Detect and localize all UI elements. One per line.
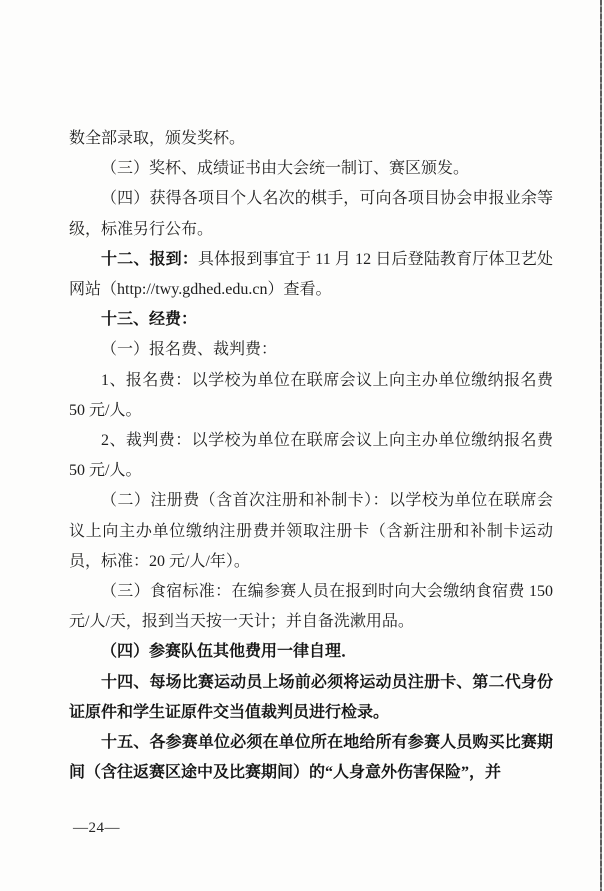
paragraph-section-12-checkin: 十二、报到：具体报到事宜于 11 月 12 日后登陆教育厅体卫艺处网站（http…	[69, 245, 553, 305]
paragraph-fee-subheading: （一）报名费、裁判费：	[69, 335, 553, 365]
paragraph-referee-fee: 2、裁判费：以学校为单位在联席会议上向主办单位缴纳报名费 50 元/人。	[69, 426, 553, 486]
section-12-heading: 十二、报到：	[101, 251, 198, 268]
paragraph-registration-fee: （二）注册费（含首次注册和补制卡）：以学校为单位在联席会议上向主办单位缴纳注册费…	[69, 486, 553, 577]
paragraph-section-15-insurance: 十五、各参赛单位必须在单位所在地给所有参赛人员购买比赛期间（含往返赛区途中及比赛…	[69, 728, 553, 788]
paragraph-section-13-funds-heading: 十三、经费：	[69, 305, 553, 335]
paragraph-awards-certificates: （三）奖杯、成绩证书由大会统一制订、赛区颁发。	[69, 154, 553, 184]
paragraph-lodging-fee: （三）食宿标准：在编参赛人员在报到时向大会缴纳食宿费 150 元/人/天，报到当…	[69, 577, 553, 637]
document-page: 数全部录取，颁发奖杯。 （三）奖杯、成绩证书由大会统一制订、赛区颁发。 （四）获…	[0, 0, 604, 891]
scan-edge-line	[600, 0, 602, 891]
paragraph-other-fees: （四）参赛队伍其他费用一律自理．	[69, 637, 553, 667]
paragraph-section-14-checkroll: 十四、每场比赛运动员上场前必须将运动员注册卡、第二代身份证原件和学生证原件交当值…	[69, 668, 553, 728]
document-body: 数全部录取，颁发奖杯。 （三）奖杯、成绩证书由大会统一制订、赛区颁发。 （四）获…	[69, 124, 553, 788]
page-number: —24—	[73, 820, 120, 837]
paragraph-signup-fee: 1、报名费：以学校为单位在联席会议上向主办单位缴纳报名费 50 元/人。	[69, 366, 553, 426]
paragraph-continuation-trophies: 数全部录取，颁发奖杯。	[69, 124, 553, 154]
paragraph-amateur-rank: （四）获得各项目个人名次的棋手，可向各项目协会申报业余等级，标准另行公布。	[69, 184, 553, 244]
